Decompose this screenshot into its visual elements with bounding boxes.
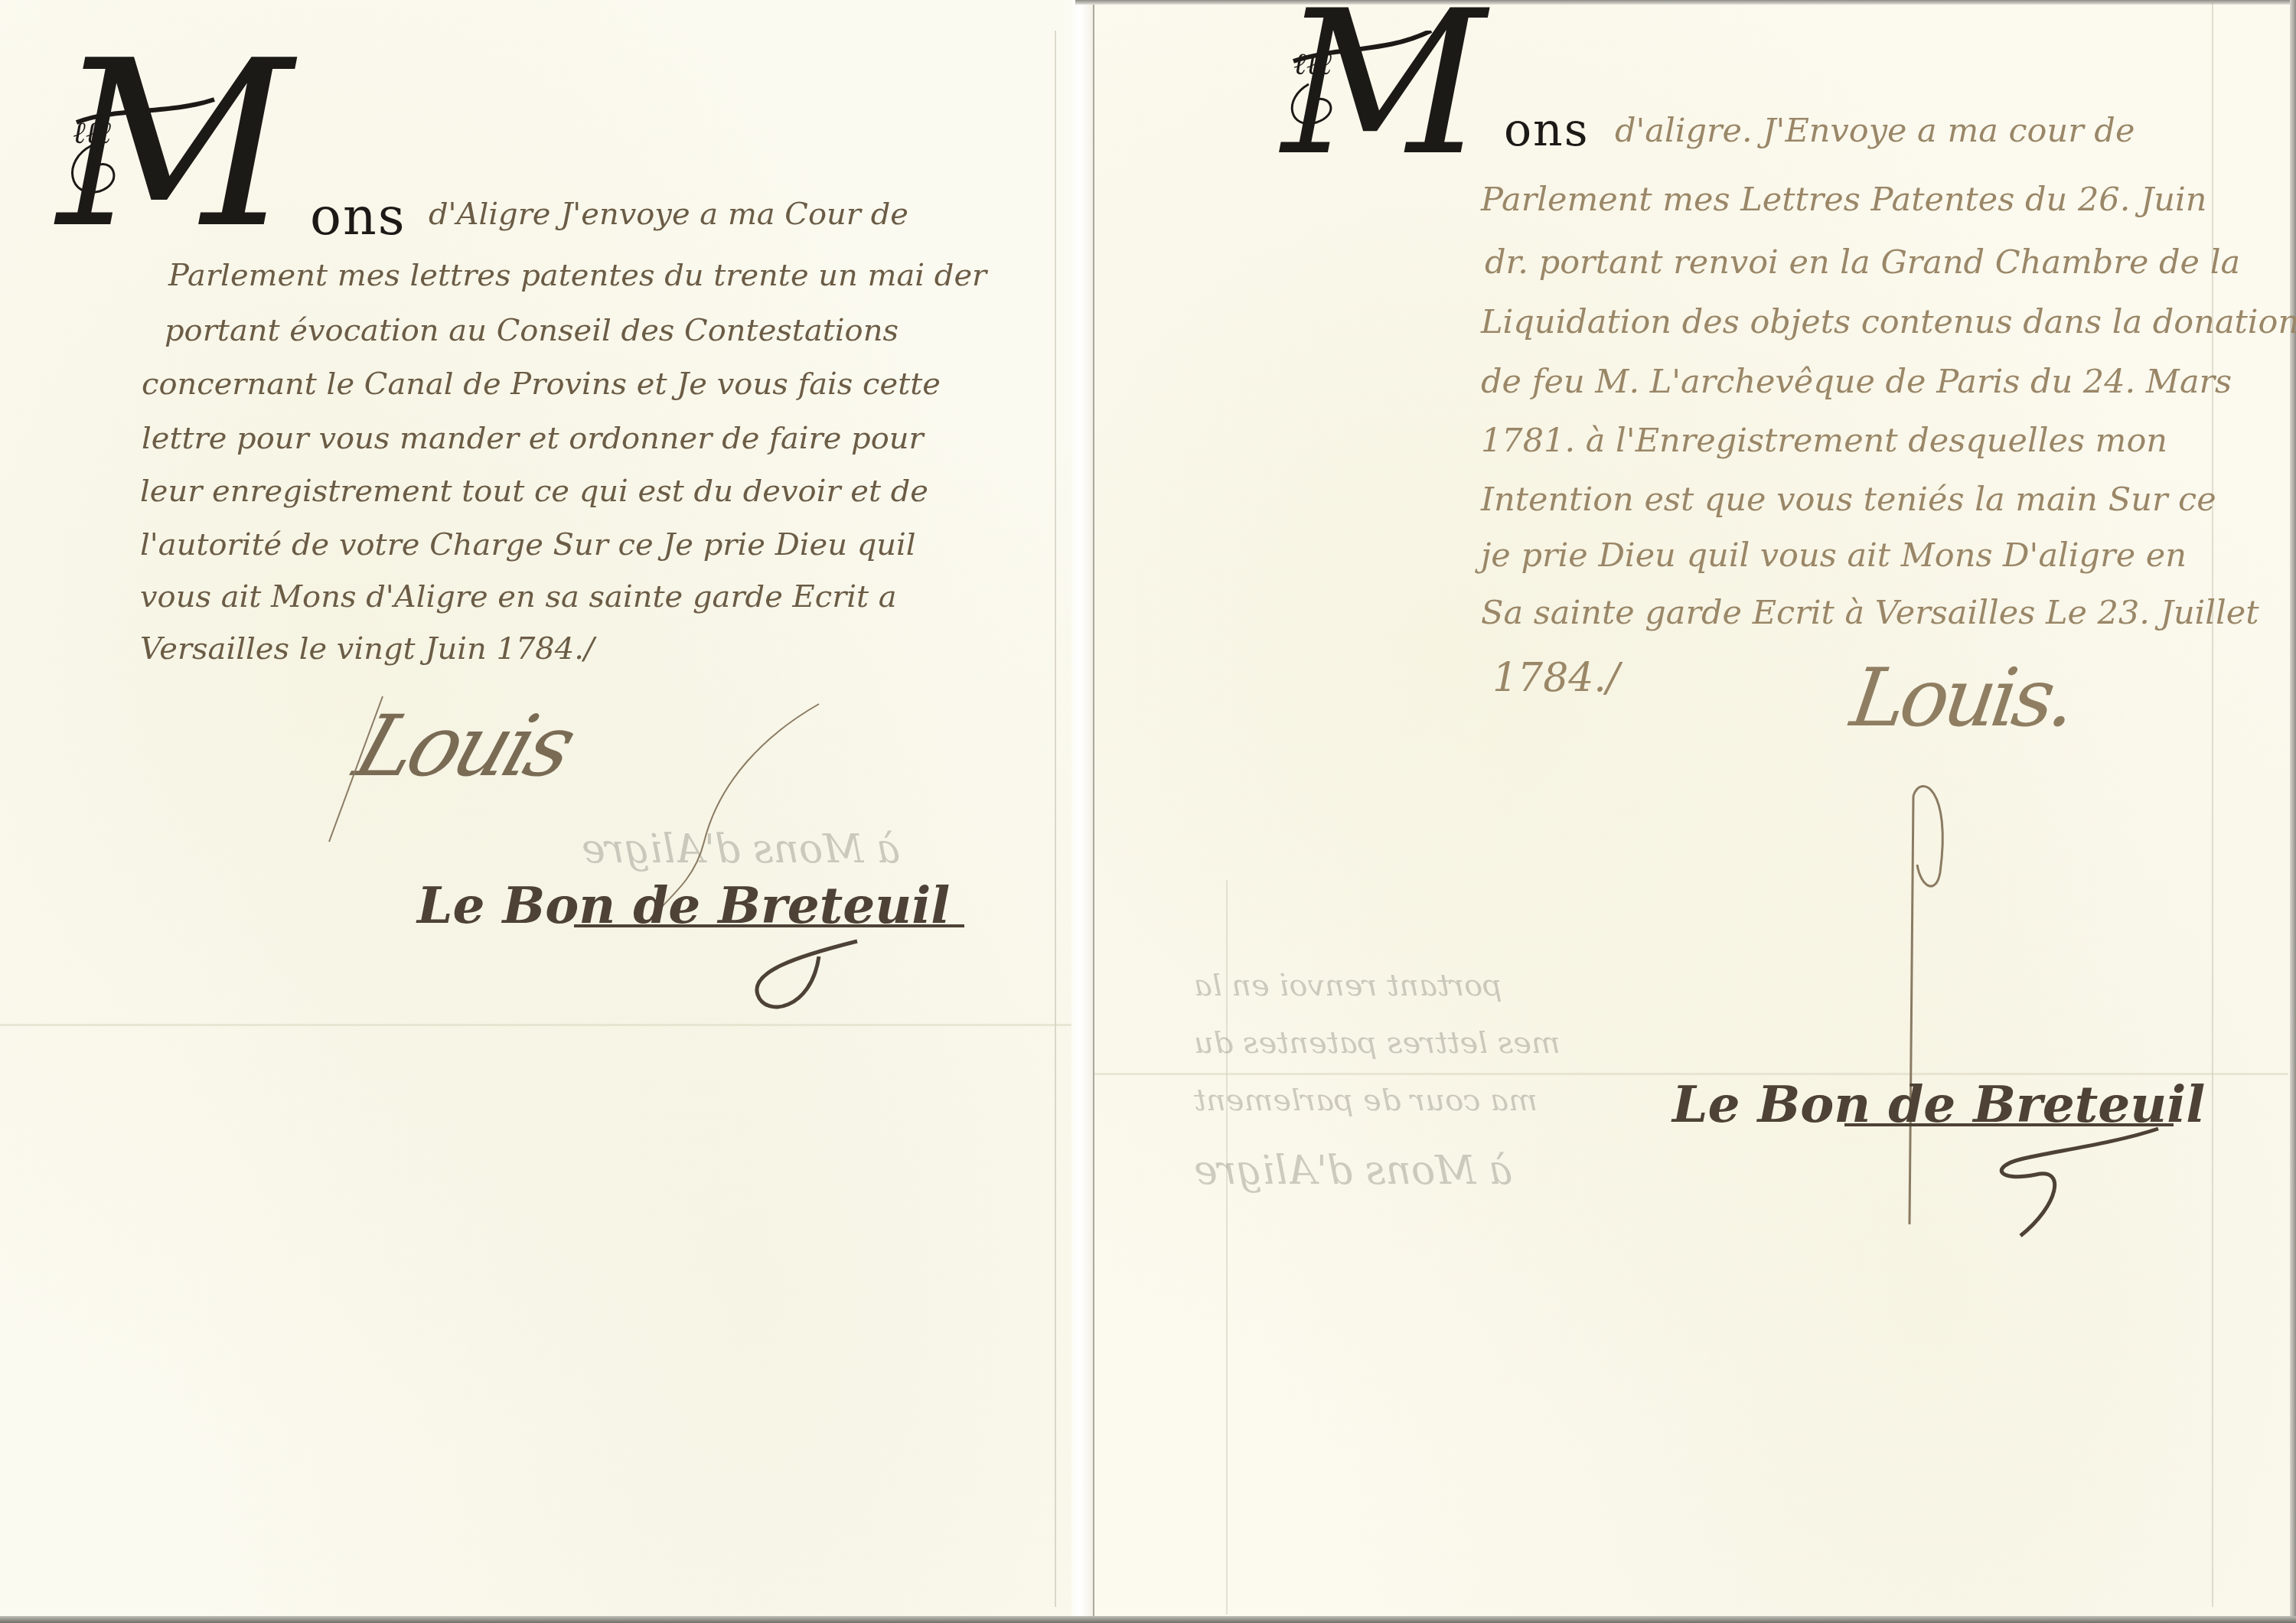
sheet-bottom-edge: [0, 1616, 2296, 1623]
letter-line: vous ait Mons d'Aligre en sa sainte gard…: [140, 582, 897, 612]
margin-rule: [2212, 0, 2213, 1607]
letter-line: de feu M. L'archevêque de Paris du 24. M…: [1481, 366, 2232, 399]
bleed-through-line: portant renvoi en la: [1194, 968, 1502, 1003]
letter-line: d'Aligre J'envoye a ma Cour de: [429, 199, 908, 230]
letter-line: dr. portant renvoi en la Grand Chambre d…: [1485, 246, 2240, 279]
salutation-initial: M: [1282, 0, 1478, 184]
salutation-initial: M: [57, 31, 285, 260]
sheet-top-edge: [1075, 0, 2296, 5]
signature-paraph-icon: [1837, 1106, 2189, 1259]
bleed-through-line: à Mons d'Aligre: [1194, 1148, 1512, 1194]
letter-line: Parlement mes Lettres Patentes du 26. Ju…: [1481, 184, 2206, 217]
letter-line: lettre pour vous mander et ordonner de f…: [142, 423, 924, 454]
letter-line: concernant le Canal de Provins et Je vou…: [142, 369, 941, 399]
letter-line: 1781. à l'Enregistrement desquelles mon: [1481, 425, 2167, 458]
letter-line: leur enregistrement tout ce qui est du d…: [140, 476, 928, 507]
bleed-through-line: ma cour de parlement: [1194, 1083, 1538, 1118]
letter-line: 1784./: [1492, 658, 1619, 698]
bleed-through-line: mes lettres patentes du: [1194, 1025, 1561, 1061]
letter-line: portant évocation au Conseil des Contest…: [165, 315, 899, 346]
sheet-separator: [1071, 0, 1094, 1616]
letter-line: Liquidation des objets contenus dans la …: [1481, 306, 2296, 339]
sheet-right-edge: [2290, 0, 2296, 1623]
letter-line: Sa sainte garde Ecrit à Versailles Le 23…: [1481, 597, 2259, 630]
margin-rule: [1055, 31, 1056, 1607]
bleed-through-text: à Mons d'Aligre: [582, 826, 900, 872]
letter-line: l'autorité de votre Charge Sur ce Je pri…: [140, 530, 916, 560]
signature-paraph-icon: [566, 911, 980, 1025]
right-letter-sheet: [1075, 0, 2292, 1616]
salutation-ons: ons: [1504, 107, 1590, 153]
letter-line: Versailles le vingt Juin 1784./: [140, 634, 594, 664]
letter-line: Parlement mes lettres patentes du trente…: [168, 260, 987, 291]
king-signature: Louis.: [1847, 658, 2076, 738]
letter-line: je prie Dieu quil vous ait Mons D'aligre…: [1481, 539, 2187, 572]
letter-line: Intention est que vous teniés la main Su…: [1481, 484, 2216, 517]
letter-line: d'aligre. J'Envoye a ma cour de: [1615, 115, 2135, 148]
salutation-ons: ons: [310, 191, 406, 243]
